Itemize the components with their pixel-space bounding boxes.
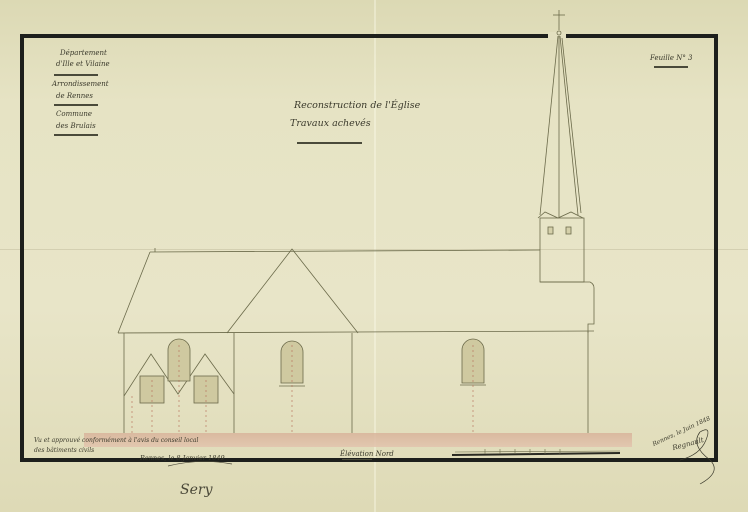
signature-flourish [680, 430, 714, 484]
drawing-sheet: Département d'Ille et Vilaine Arrondisse… [0, 0, 748, 512]
elevation-drawing [0, 0, 748, 512]
scale-bar [452, 449, 620, 455]
